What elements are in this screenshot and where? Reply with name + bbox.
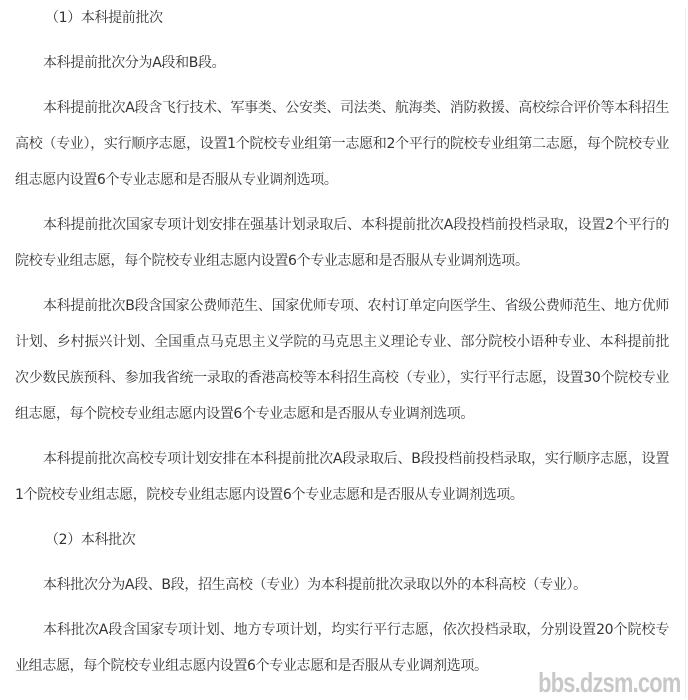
watermark: bbs.dzsm.com: [538, 668, 680, 698]
content-border: [685, 8, 686, 698]
paragraph-a-segment: 本科提前批次A段含飞行技术、军事类、公安类、司法类、航海类、消防救援、高校综合评…: [15, 90, 669, 198]
paragraph-university-special-plan: 本科提前批次高校专项计划安排在本科提前批次A段录取后、B段投档前投档录取，实行顺…: [15, 441, 669, 513]
paragraph-national-special-plan: 本科提前批次国家专项计划安排在强基计划录取后、本科提前批次A段投档前投档录取，设…: [15, 207, 669, 279]
paragraph-b-segment: 本科提前批次B段含国家公费师范生、国家优师专项、农村订单定向医学生、省级公费师范…: [15, 288, 669, 432]
section-heading-1: （1）本科提前批次: [15, 0, 669, 36]
paragraph-undergrad-batch-split: 本科批次分为A段、B段，招生高校（专业）为本科提前批次录取以外的本科高校（专业）…: [15, 567, 669, 603]
article-body: （1）本科提前批次 本科提前批次分为A段和B段。 本科提前批次A段含飞行技术、军…: [15, 0, 669, 684]
paragraph-batch-split: 本科提前批次分为A段和B段。: [15, 45, 669, 81]
section-heading-2: （2）本科批次: [15, 522, 669, 558]
